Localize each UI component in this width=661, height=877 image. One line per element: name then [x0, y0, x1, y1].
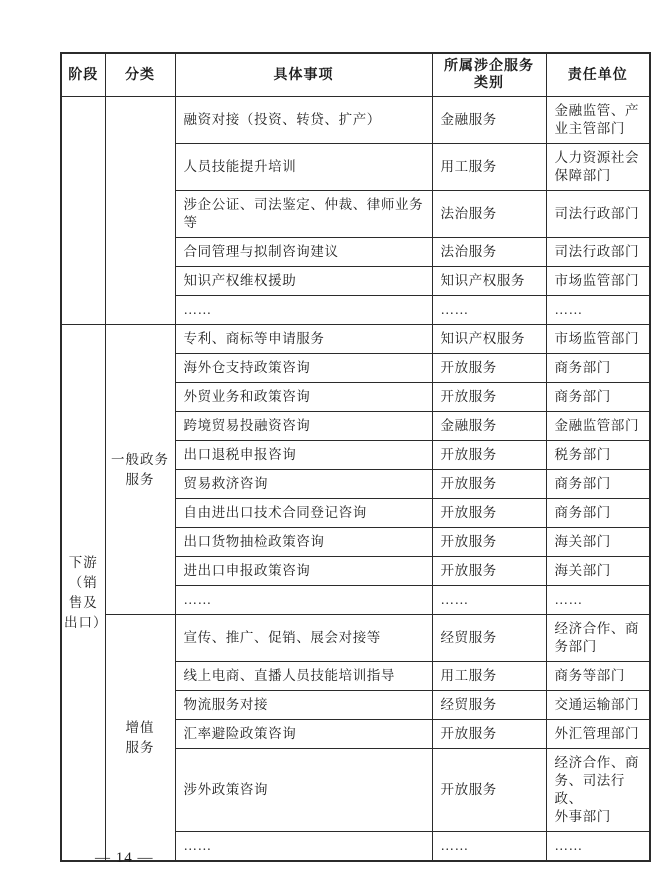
service-matrix-table: 阶段分类具体事项所属涉企服务 类别责任单位 融资对接（投资、转贷、扩产）金融服务…	[60, 52, 651, 862]
service-type-cell: 经贸服务	[432, 615, 546, 662]
item-cell: ……	[175, 832, 432, 862]
page-number: — 14 —	[95, 850, 154, 867]
item-cell: 出口货物抽检政策咨询	[175, 528, 432, 557]
unit-cell: 人力资源社会 保障部门	[546, 144, 650, 191]
unit-cell: 经济合作、商 务、司法行政、 外事部门	[546, 749, 650, 832]
item-cell: 涉企公证、司法鉴定、仲裁、律师业务等	[175, 191, 432, 238]
unit-cell: 司法行政部门	[546, 191, 650, 238]
service-type-cell: 经贸服务	[432, 691, 546, 720]
service-type-cell: 开放服务	[432, 383, 546, 412]
service-type-cell: 开放服务	[432, 557, 546, 586]
unit-cell: 商务部门	[546, 499, 650, 528]
item-cell: 进出口申报政策咨询	[175, 557, 432, 586]
table-header: 阶段分类具体事项所属涉企服务 类别责任单位	[61, 53, 650, 97]
table-row: 融资对接（投资、转贷、扩产）金融服务金融监管、产 业主管部门	[61, 97, 650, 144]
unit-cell: 海关部门	[546, 528, 650, 557]
item-cell: 出口退税申报咨询	[175, 441, 432, 470]
service-type-cell: 金融服务	[432, 412, 546, 441]
item-cell: 宣传、推广、促销、展会对接等	[175, 615, 432, 662]
unit-cell: 经济合作、商 务部门	[546, 615, 650, 662]
unit-cell: ……	[546, 296, 650, 325]
category-cell: 一般政务 服务	[105, 325, 175, 615]
column-header: 责任单位	[546, 53, 650, 97]
unit-cell: 海关部门	[546, 557, 650, 586]
unit-cell: 交通运输部门	[546, 691, 650, 720]
unit-cell: 司法行政部门	[546, 238, 650, 267]
item-cell: 合同管理与拟制咨询建议	[175, 238, 432, 267]
service-type-cell: 知识产权服务	[432, 267, 546, 296]
item-cell: 线上电商、直播人员技能培训指导	[175, 662, 432, 691]
column-header: 分类	[105, 53, 175, 97]
stage-cell: 下游 （销 售及 出口）	[61, 325, 105, 862]
stage-cell	[61, 97, 105, 325]
unit-cell: ……	[546, 586, 650, 615]
unit-cell: ……	[546, 832, 650, 862]
item-cell: 海外仓支持政策咨询	[175, 354, 432, 383]
service-type-cell: 开放服务	[432, 749, 546, 832]
service-type-cell: 开放服务	[432, 499, 546, 528]
service-type-cell: 法治服务	[432, 238, 546, 267]
unit-cell: 商务部门	[546, 354, 650, 383]
column-header: 阶段	[61, 53, 105, 97]
item-cell: 涉外政策咨询	[175, 749, 432, 832]
column-header: 所属涉企服务 类别	[432, 53, 546, 97]
service-type-cell: 开放服务	[432, 354, 546, 383]
unit-cell: 市场监管部门	[546, 267, 650, 296]
service-type-cell: ……	[432, 296, 546, 325]
service-type-cell: 开放服务	[432, 720, 546, 749]
service-type-cell: 开放服务	[432, 470, 546, 499]
table-row: 下游 （销 售及 出口）一般政务 服务专利、商标等申请服务知识产权服务市场监管部…	[61, 325, 650, 354]
unit-cell: 金融监管部门	[546, 412, 650, 441]
header-row: 阶段分类具体事项所属涉企服务 类别责任单位	[61, 53, 650, 97]
service-type-cell: 法治服务	[432, 191, 546, 238]
item-cell: 外贸业务和政策咨询	[175, 383, 432, 412]
item-cell: 汇率避险政策咨询	[175, 720, 432, 749]
item-cell: 贸易救济咨询	[175, 470, 432, 499]
service-type-cell: 用工服务	[432, 662, 546, 691]
unit-cell: 商务等部门	[546, 662, 650, 691]
service-type-cell: 用工服务	[432, 144, 546, 191]
service-type-cell: ……	[432, 832, 546, 862]
service-type-cell: 知识产权服务	[432, 325, 546, 354]
category-cell: 增值 服务	[105, 615, 175, 862]
service-type-cell: ……	[432, 586, 546, 615]
item-cell: 专利、商标等申请服务	[175, 325, 432, 354]
unit-cell: 税务部门	[546, 441, 650, 470]
column-header: 具体事项	[175, 53, 432, 97]
unit-cell: 商务部门	[546, 383, 650, 412]
unit-cell: 金融监管、产 业主管部门	[546, 97, 650, 144]
document-page: 阶段分类具体事项所属涉企服务 类别责任单位 融资对接（投资、转贷、扩产）金融服务…	[0, 0, 661, 877]
service-type-cell: 开放服务	[432, 528, 546, 557]
unit-cell: 商务部门	[546, 470, 650, 499]
item-cell: 自由进出口技术合同登记咨询	[175, 499, 432, 528]
item-cell: 跨境贸易投融资咨询	[175, 412, 432, 441]
item-cell: 知识产权维权援助	[175, 267, 432, 296]
item-cell: 人员技能提升培训	[175, 144, 432, 191]
item-cell: ……	[175, 586, 432, 615]
service-type-cell: 开放服务	[432, 441, 546, 470]
item-cell: ……	[175, 296, 432, 325]
table-body: 融资对接（投资、转贷、扩产）金融服务金融监管、产 业主管部门人员技能提升培训用工…	[61, 97, 650, 862]
category-cell	[105, 97, 175, 325]
unit-cell: 市场监管部门	[546, 325, 650, 354]
item-cell: 融资对接（投资、转贷、扩产）	[175, 97, 432, 144]
table-row: 增值 服务宣传、推广、促销、展会对接等经贸服务经济合作、商 务部门	[61, 615, 650, 662]
service-type-cell: 金融服务	[432, 97, 546, 144]
unit-cell: 外汇管理部门	[546, 720, 650, 749]
item-cell: 物流服务对接	[175, 691, 432, 720]
